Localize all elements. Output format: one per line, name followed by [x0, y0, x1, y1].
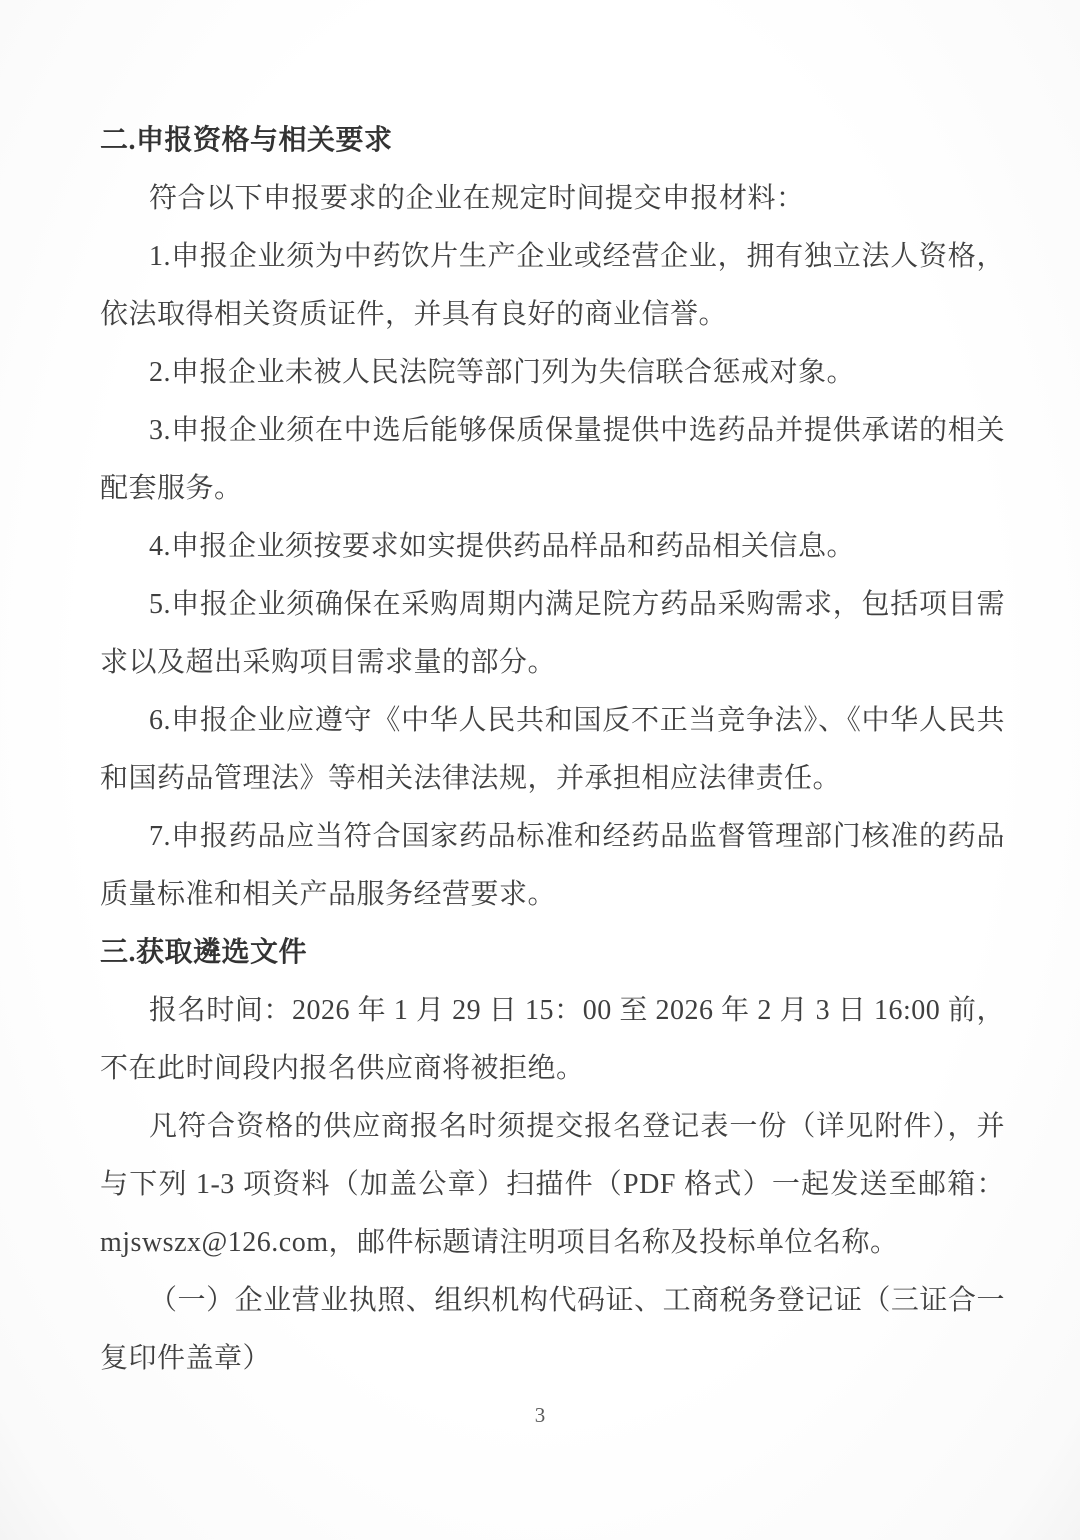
paragraph-license-item-1: （一）企业营业执照、组织机构代码证、工商税务登记证（三证合一复印件盖章） — [100, 1272, 1005, 1388]
requirement-item-2: 2.申报企业未被人民法院等部门列为失信联合惩戒对象。 — [100, 344, 1005, 402]
paragraph-registration-time: 报名时间：2026 年 1 月 29 日 15：00 至 2026 年 2 月 … — [100, 982, 1005, 1098]
requirement-item-3: 3.申报企业须在中选后能够保质保量提供中选药品并提供承诺的相关配套服务。 — [100, 402, 1005, 518]
paragraph-intro: 符合以下申报要求的企业在规定时间提交申报材料： — [100, 170, 1005, 228]
requirement-item-6: 6.申报企业应遵守《中华人民共和国反不正当竞争法》、《中华人民共和国药品管理法》… — [100, 692, 1005, 808]
requirement-item-5: 5.申报企业须确保在采购周期内满足院方药品采购需求，包括项目需求以及超出采购项目… — [100, 576, 1005, 692]
page-number: 3 — [0, 1400, 1080, 1430]
paragraph-registration-materials: 凡符合资格的供应商报名时须提交报名登记表一份（详见附件），并与下列 1-3 项资… — [100, 1098, 1005, 1272]
document-page: 二.申报资格与相关要求 符合以下申报要求的企业在规定时间提交申报材料： 1.申报… — [0, 0, 1080, 1540]
section-heading-3: 三.获取遴选文件 — [100, 924, 1005, 982]
section-heading-2: 二.申报资格与相关要求 — [100, 112, 1005, 170]
requirement-item-4: 4.申报企业须按要求如实提供药品样品和药品相关信息。 — [100, 518, 1005, 576]
requirement-item-1: 1.申报企业须为中药饮片生产企业或经营企业，拥有独立法人资格，依法取得相关资质证… — [100, 228, 1005, 344]
document-body: 二.申报资格与相关要求 符合以下申报要求的企业在规定时间提交申报材料： 1.申报… — [100, 112, 1005, 1388]
requirement-item-7: 7.申报药品应当符合国家药品标准和经药品监督管理部门核准的药品质量标准和相关产品… — [100, 808, 1005, 924]
